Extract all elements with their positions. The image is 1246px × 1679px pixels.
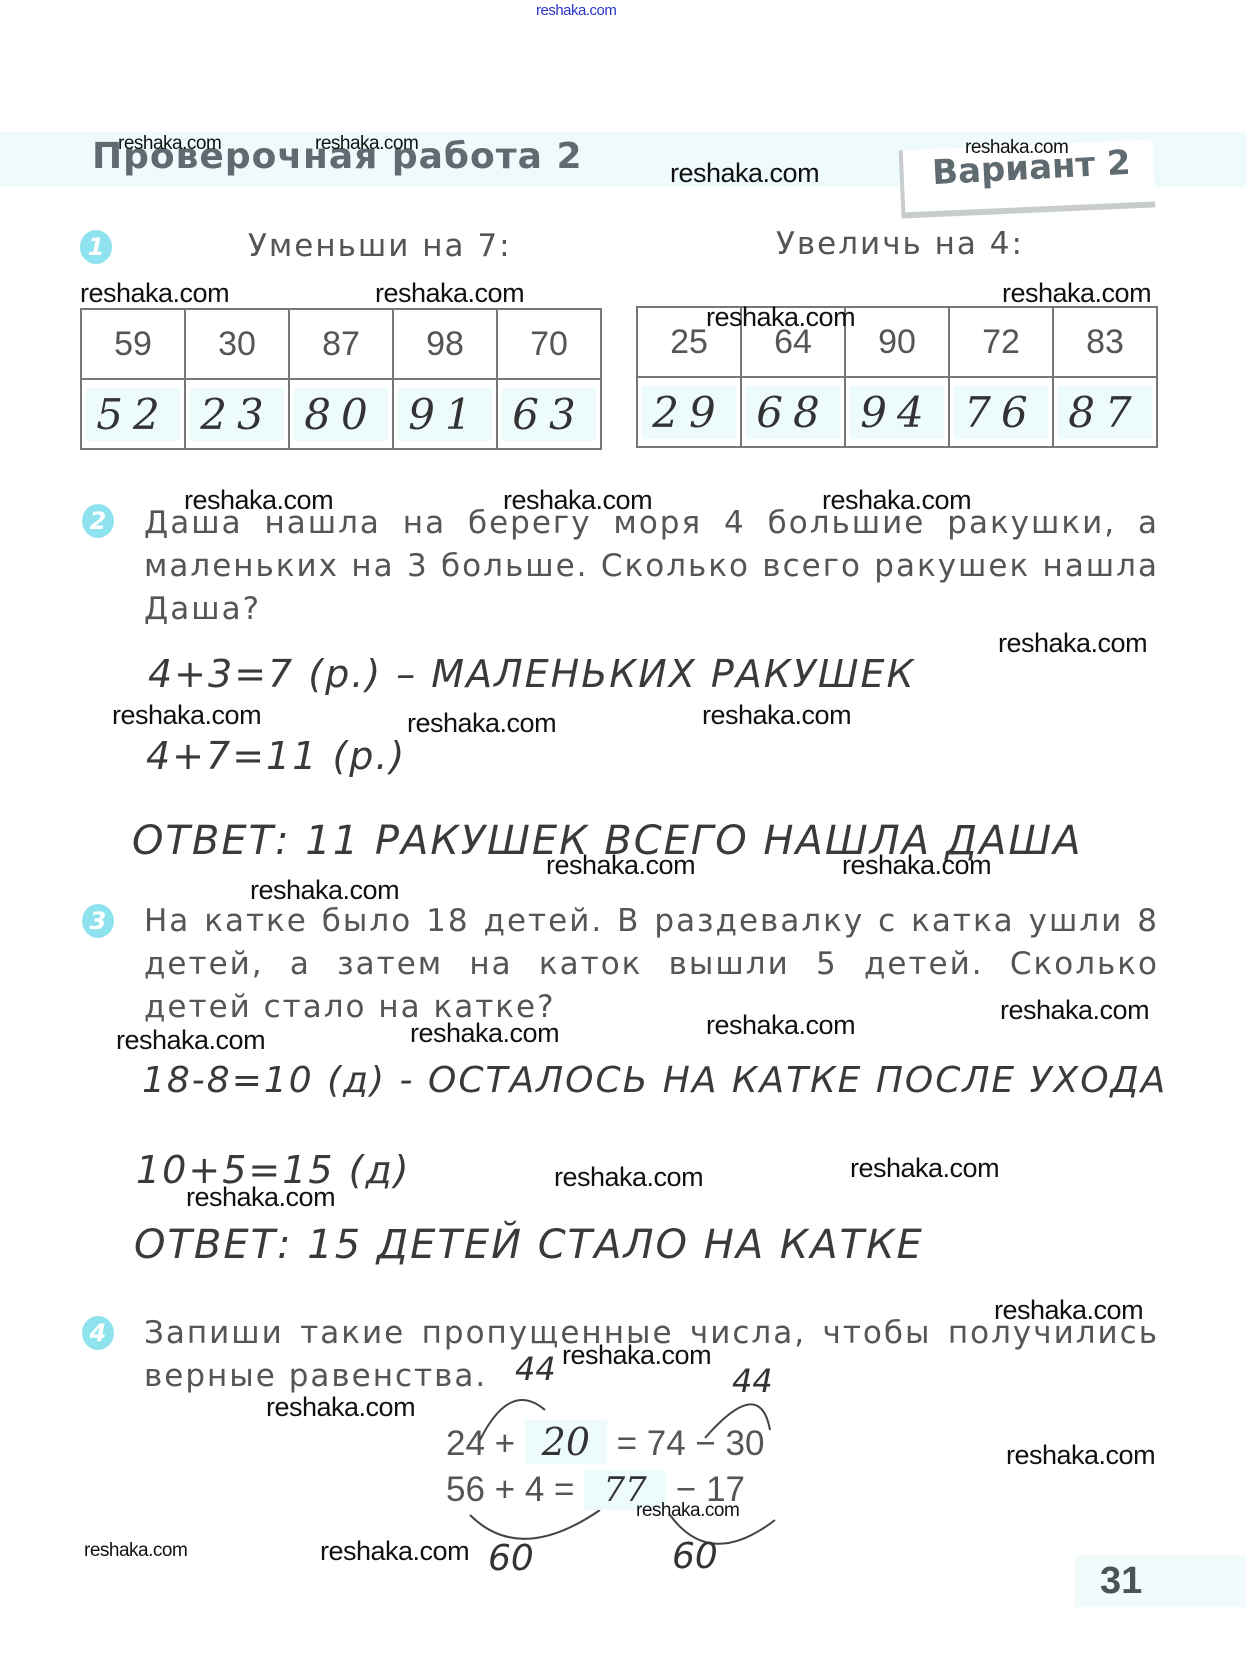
task2-solution-line-2: 4+7=11 (р.) [146, 734, 406, 778]
watermark: reshaka.com [998, 628, 1147, 659]
given-cell: 72 [949, 307, 1053, 377]
answer-value: 52 [86, 388, 179, 441]
answer-cell[interactable]: 87 [1053, 377, 1157, 447]
task2-solution-line-1: 4+3=7 (р.) – МАЛЕНЬКИХ РАКУШЕК [148, 652, 916, 696]
answer-cell[interactable]: 23 [185, 379, 289, 449]
watermark: reshaka.com [636, 1500, 739, 1522]
answer-value: 23 [190, 388, 283, 441]
watermark: reshaka.com [315, 133, 418, 155]
task1-right-label: Увеличь на 4: [776, 226, 1024, 262]
watermark: reshaka.com [1000, 995, 1149, 1026]
task3-solution-line-1: 18-8=10 (д) - ОСТАЛОСЬ НА КАТКЕ ПОСЛЕ УХ… [142, 1060, 1167, 1101]
answer-cell[interactable]: 68 [741, 377, 845, 447]
watermark: reshaka.com [407, 708, 556, 739]
page-number: 31 [1100, 1560, 1142, 1603]
watermark: reshaka.com [375, 278, 524, 309]
answer-cell[interactable]: 29 [637, 377, 741, 447]
eq2-note-left: 60 [488, 1538, 534, 1579]
answer-cell[interactable]: 76 [949, 377, 1053, 447]
answer-value: 29 [642, 386, 735, 439]
answer-value: 87 [1058, 386, 1151, 439]
task-number-4-icon: 4 [82, 1316, 114, 1350]
eq1-left: 24 + [446, 1424, 515, 1463]
watermark: reshaka.com [702, 700, 851, 731]
answer-value: 80 [294, 388, 387, 441]
task2-text: Даша нашла на берегу моря 4 большие раку… [144, 502, 1159, 631]
watermark: reshaka.com [842, 850, 991, 881]
answer-value: 94 [850, 386, 943, 439]
watermark: reshaka.com [84, 1540, 187, 1562]
watermark: reshaka.com [503, 485, 652, 516]
watermark: reshaka.com [1006, 1440, 1155, 1471]
task3-answer: ОТВЕТ: 15 ДЕТЕЙ СТАЛО НА КАТКЕ [134, 1222, 924, 1268]
watermark: reshaka.com [850, 1153, 999, 1184]
task1-left-table: 59 30 87 98 70 52 23 80 91 63 [80, 308, 602, 450]
watermark: reshaka.com [118, 133, 221, 155]
answer-value: 91 [398, 388, 491, 441]
answer-row: 29 68 94 76 87 [637, 377, 1157, 447]
watermark: reshaka.com [554, 1162, 703, 1193]
given-cell: 70 [497, 309, 601, 379]
watermark: reshaka.com [670, 158, 819, 189]
answer-cell[interactable]: 52 [81, 379, 185, 449]
given-cell: 87 [289, 309, 393, 379]
watermark: reshaka.com [80, 278, 229, 309]
eq2-left: 56 + 4 = [446, 1470, 574, 1509]
given-cell: 98 [393, 309, 497, 379]
given-row: 59 30 87 98 70 [81, 309, 601, 379]
answer-cell[interactable]: 80 [289, 379, 393, 449]
given-cell: 83 [1053, 307, 1157, 377]
watermark: reshaka.com [546, 850, 695, 881]
watermark: reshaka.com [112, 700, 261, 731]
answer-value: 68 [746, 386, 839, 439]
equation-1: 24 + 20 = 74 − 30 [446, 1420, 765, 1464]
watermark: reshaka.com [822, 485, 971, 516]
answer-cell[interactable]: 94 [845, 377, 949, 447]
watermark: reshaka.com [184, 485, 333, 516]
given-cell: 59 [81, 309, 185, 379]
answer-row: 52 23 80 91 63 [81, 379, 601, 449]
eq2-note-right: 60 [672, 1536, 718, 1577]
answer-cell[interactable]: 63 [497, 379, 601, 449]
given-cell: 30 [185, 309, 289, 379]
answer-value: 76 [954, 386, 1047, 439]
answer-cell[interactable]: 91 [393, 379, 497, 449]
watermark: reshaka.com [186, 1182, 335, 1213]
bracket-arcs [440, 1380, 800, 1550]
watermark: reshaka.com [116, 1025, 265, 1056]
watermark: reshaka.com [965, 137, 1068, 159]
watermark: reshaka.com [1002, 278, 1151, 309]
eq1-right: = 74 − 30 [617, 1424, 765, 1463]
watermark: reshaka.com [706, 302, 855, 333]
watermark: reshaka.com [410, 1018, 559, 1049]
answer-value: 63 [502, 388, 595, 441]
top-watermark-link[interactable]: reshaka.com [536, 2, 616, 19]
task-number-1-icon: 1 [80, 230, 112, 264]
eq1-blank[interactable]: 20 [525, 1420, 607, 1464]
given-cell: 90 [845, 307, 949, 377]
watermark: reshaka.com [706, 1010, 855, 1041]
watermark: reshaka.com [320, 1536, 469, 1567]
task-number-3-icon: 3 [82, 904, 114, 938]
task1-left-label: Уменьши на 7: [248, 228, 512, 264]
task-number-2-icon: 2 [82, 504, 114, 538]
watermark: reshaka.com [994, 1295, 1143, 1326]
watermark: reshaka.com [266, 1392, 415, 1423]
watermark: reshaka.com [250, 875, 399, 906]
watermark: reshaka.com [562, 1340, 711, 1371]
